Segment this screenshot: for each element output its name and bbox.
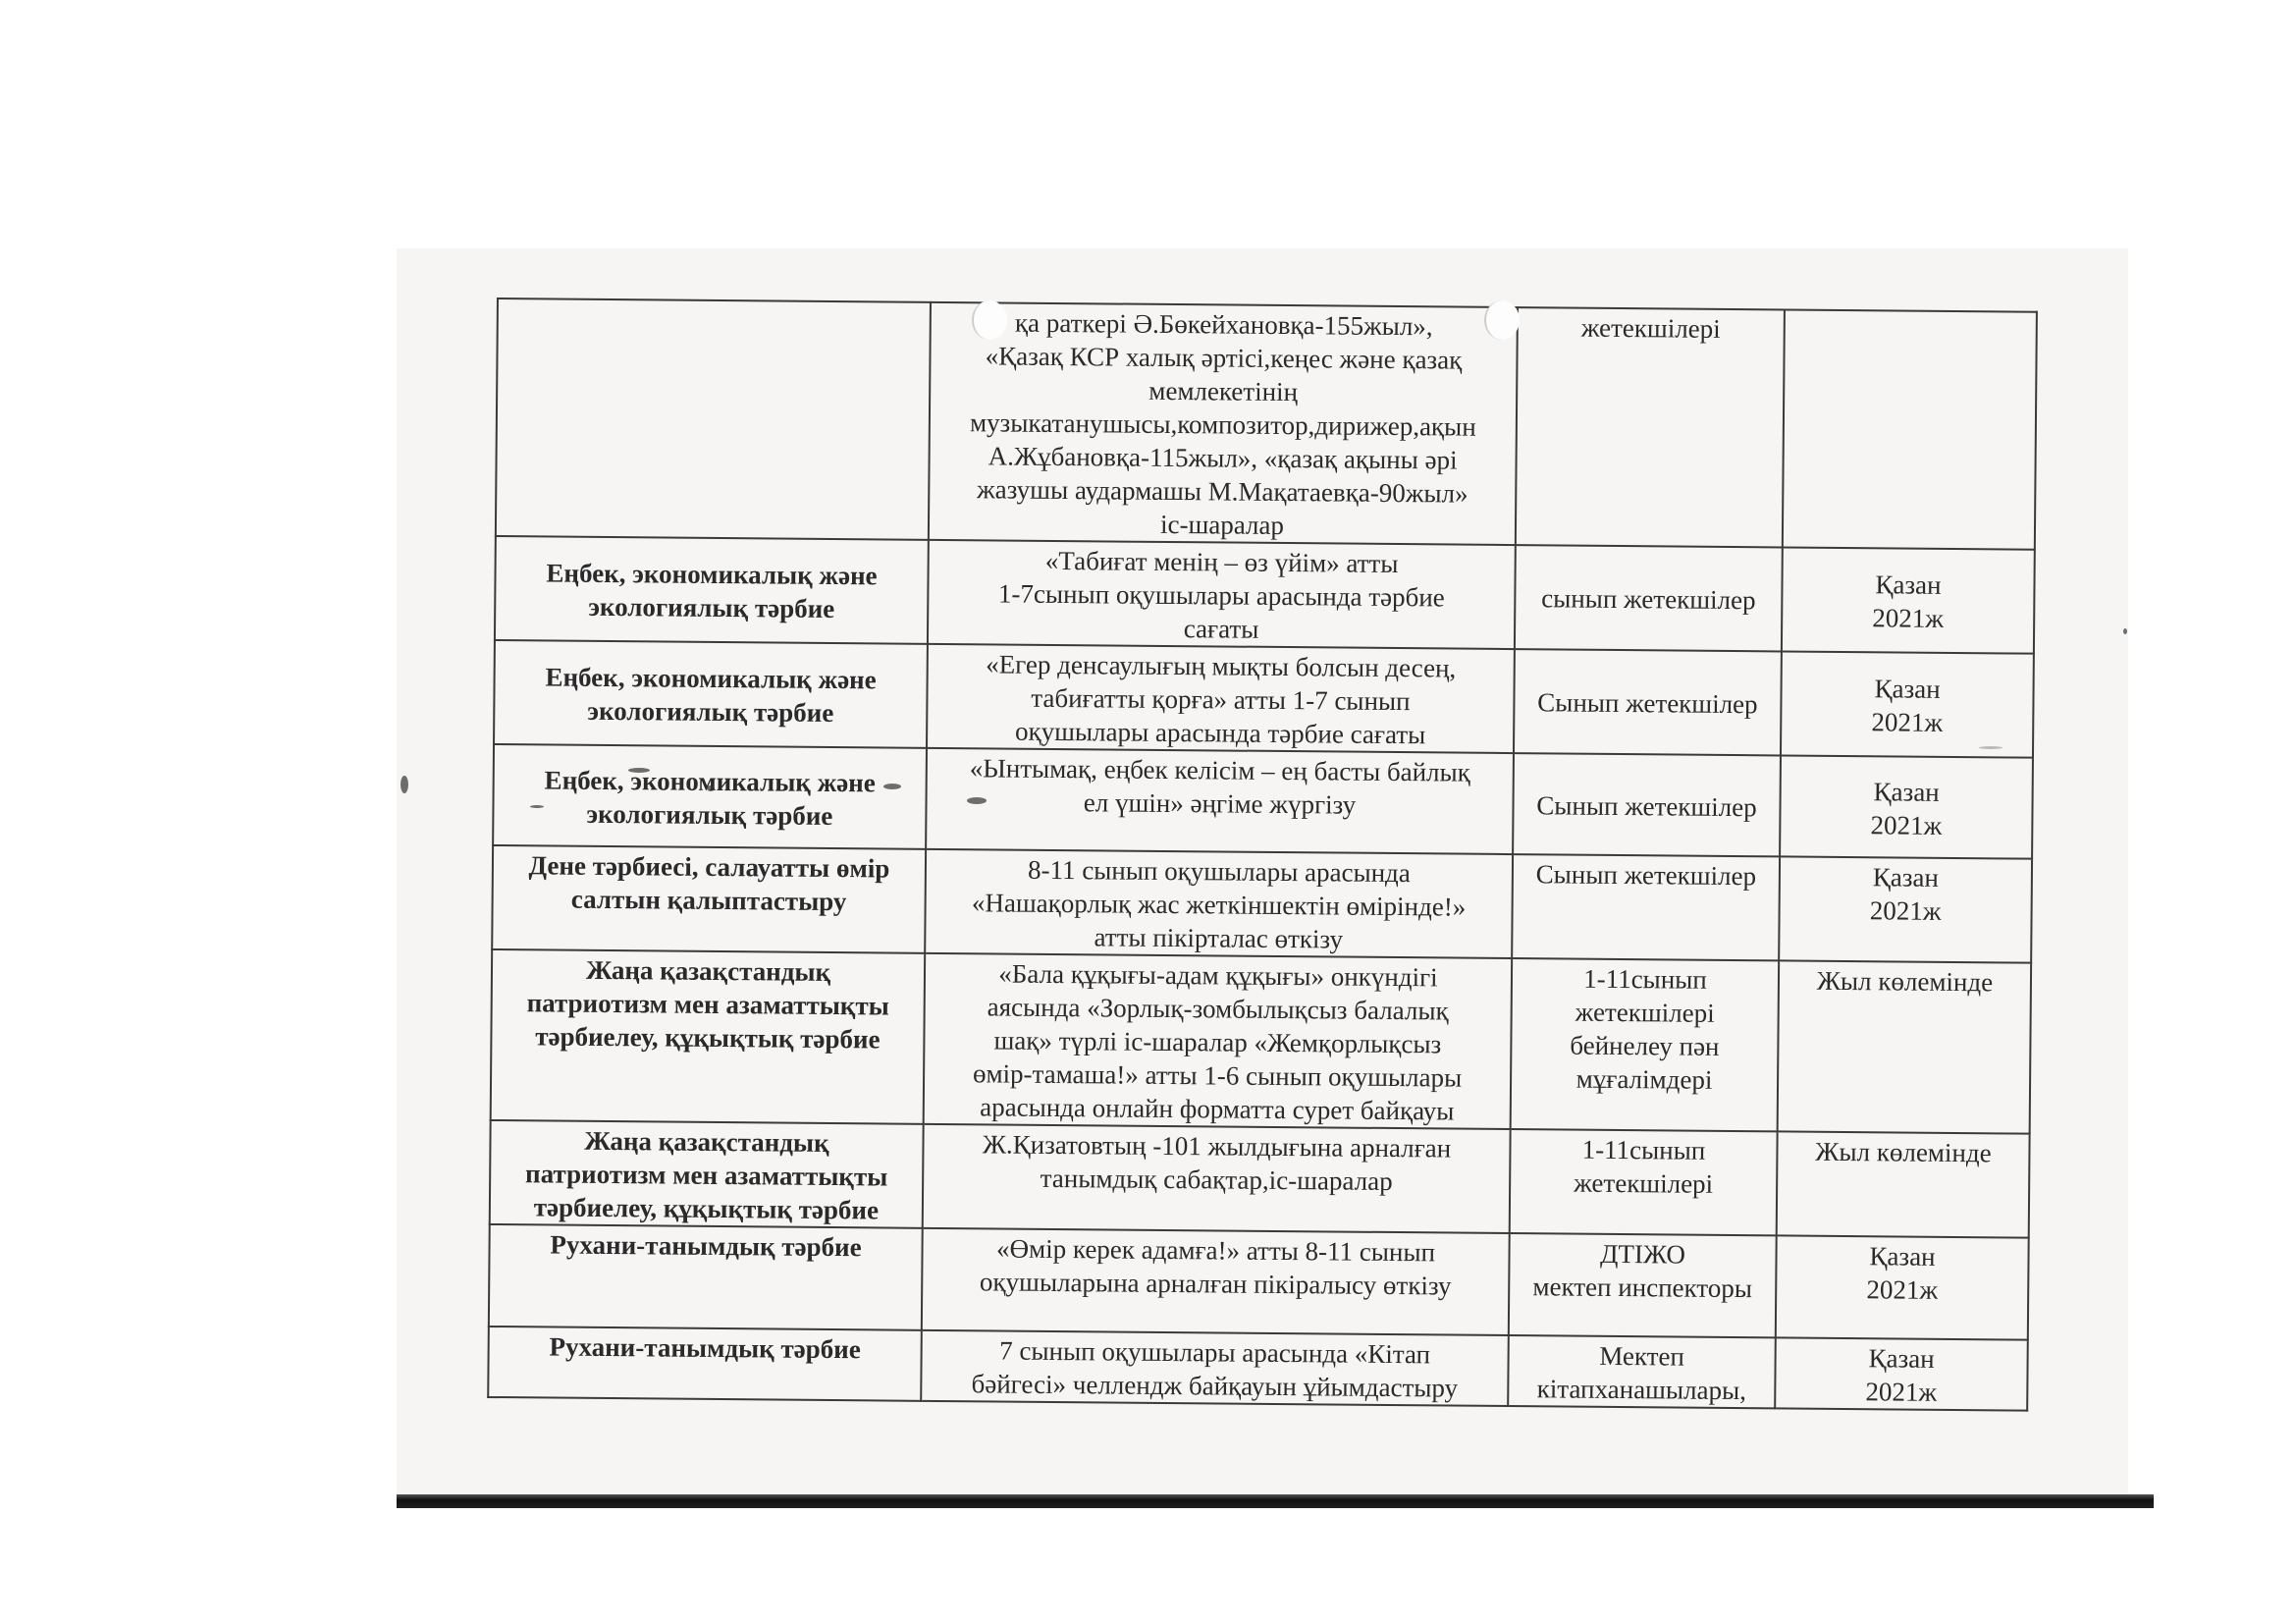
event-text-line: «Нашақорлық жас жеткіншектін өмірінде!» — [932, 886, 1505, 924]
scan-speck — [967, 797, 987, 804]
direction-text-line: Еңбек, экономикалық және — [502, 556, 921, 593]
date-text-line: 2021ж — [1788, 704, 2026, 739]
scan-speck — [400, 776, 408, 793]
cell-direction: Жаңа қазақстандықпатриотизм мен азаматты… — [490, 1120, 924, 1228]
event-text-line: жазушы аудармашы М.Мақатаевқа-90жыл» — [935, 472, 1509, 511]
plan-table-body: қа раткері Ә.Бөкейхановқа-155жыл»,«Қазақ… — [488, 298, 2037, 1411]
date-text-line: Қазан — [1783, 1238, 2021, 1273]
event-text-line: шақ» түрлі іс-шаралар «Жемқорлықсыз — [931, 1023, 1504, 1061]
event-text-line: аясында «Зорлық-зомбылықсыз балалық — [932, 990, 1505, 1028]
event-text-line: қа раткері Ә.Бөкейхановқа-155жыл», — [937, 305, 1511, 344]
event-text-line: бәйгесі» челлендж байқауын ұйымдастыру — [928, 1367, 1501, 1405]
cell-event: «Бала құқығы-адам құқығы» онкүндігіаясын… — [924, 953, 1512, 1129]
direction-text-line: тәрбиелеу, құқықтық тәрбие — [498, 1019, 917, 1056]
responsible-text-line: 1-11сынып — [1519, 961, 1772, 997]
event-text-line: оқушылары арасында тәрбие сағаты — [934, 714, 1507, 752]
responsible-text-line: мұғалімдері — [1518, 1061, 1771, 1097]
event-text-line: табиғатты қорға» атты 1-7 сынып — [934, 680, 1507, 719]
cell-event: «Ынтымақ, еңбек келісім – ең басты байлы… — [926, 748, 1514, 854]
event-text-line: «Табиғат менің – өз үйім» атты — [935, 543, 1509, 581]
event-text-line: «Ынтымақ, еңбек келісім – ең басты байлы… — [934, 751, 1507, 789]
responsible-text-line: жетекшілері — [1524, 310, 1778, 346]
direction-text-line: Еңбек, экономикалық және — [501, 763, 920, 800]
event-text-line: музыкатанушысы,композитор,дирижер,ақын — [936, 406, 1510, 444]
date-text-line: 2021ж — [1786, 893, 2024, 928]
date-text-line: 2021ж — [1787, 807, 2025, 842]
responsible-text-line: мектеп инспекторы — [1516, 1270, 1769, 1305]
cell-event: «Егер денсаулығың мықты болсын десең,таб… — [927, 644, 1515, 753]
cell-direction: Рухани-танымдық тәрбие — [488, 1326, 922, 1401]
date-text-line: Қазан — [1789, 568, 2027, 603]
direction-text-line: Жаңа қазақстандық — [499, 952, 918, 990]
table-row: Рухани-танымдық тәрбие7 сынып оқушылары … — [488, 1326, 2028, 1411]
plan-table-wrapper: қа раткері Ә.Бөкейхановқа-155жыл»,«Қазақ… — [487, 298, 2038, 1412]
date-text-line: 2021ж — [1783, 1272, 2021, 1307]
date-text-line: Қазан — [1788, 774, 2026, 809]
scan-speck — [707, 785, 715, 791]
cell-responsible: Сынып жетекшілер — [1512, 854, 1780, 960]
responsible-text-line: жетекшілері — [1517, 1165, 1770, 1201]
direction-text-line: патриотизм мен азаматтықты — [499, 986, 918, 1023]
event-text-line: сағаты — [934, 610, 1508, 648]
cell-event: «Өмір керек адамға!» атты 8-11 сыныпоқуш… — [922, 1228, 1510, 1335]
cell-event: қа раткері Ә.Бөкейхановқа-155жыл»,«Қазақ… — [929, 302, 1518, 545]
cell-date: Қазан2021ж — [1779, 856, 2032, 962]
direction-text-line: тәрбиелеу, құқықтық тәрбие — [497, 1190, 916, 1227]
responsible-text-line: Сынып жетекшілер — [1521, 685, 1774, 721]
table-row: Еңбек, экономикалық жәнеэкологиялық тәрб… — [494, 640, 2034, 758]
event-text-line: ел үшін» әңгіме жүргізу — [933, 785, 1506, 823]
responsible-text-line: сынып жетекшілер — [1522, 581, 1775, 617]
cell-date — [1783, 309, 2037, 549]
cell-responsible: Сынып жетекшілер — [1514, 649, 1782, 755]
responsible-text-line: ДТІЖО — [1516, 1236, 1769, 1272]
cell-date: Қазан2021ж — [1775, 1337, 2028, 1410]
table-row: Еңбек, экономикалық жәнеэкологиялық тәрб… — [495, 536, 2035, 654]
event-text-line: «Өмір керек адамға!» атты 8-11 сынып — [929, 1231, 1502, 1270]
date-text-line: Жыл көлемінде — [1786, 963, 2024, 999]
date-text-line: 2021ж — [1789, 600, 2027, 635]
cell-date: Қазан2021ж — [1776, 1235, 2029, 1339]
scan-speck — [628, 768, 650, 773]
table-row: Дене тәрбиесі, салауатты өмірсалтын қалы… — [492, 845, 2032, 963]
event-text-line: танымдық сабақтар,іс-шаралар — [930, 1161, 1503, 1199]
date-text-line: 2021ж — [1782, 1374, 2020, 1409]
cell-responsible: жетекшілері — [1516, 307, 1785, 547]
direction-text-line: Рухани-танымдық тәрбие — [496, 1329, 915, 1367]
direction-text-line: Жаңа қазақстандық — [497, 1123, 916, 1161]
event-text-line: іс-шаралар — [935, 506, 1509, 544]
cell-direction: Еңбек, экономикалық жәнеэкологиялық тәрб… — [493, 744, 927, 849]
direction-text-line: Дене тәрбиесі, салауатты өмір — [500, 848, 919, 886]
cell-event: 7 сынып оқушылары арасында «Кітапбәйгесі… — [921, 1330, 1509, 1406]
responsible-text-line: кітапханашылары, — [1515, 1372, 1768, 1407]
event-text-line: атты пікірталас өткізу — [932, 919, 1505, 957]
responsible-text-line: Сынып жетекшілер — [1520, 857, 1773, 893]
scan-speck — [883, 784, 901, 789]
cell-direction: Еңбек, экономикалық жәнеэкологиялық тәрб… — [495, 536, 929, 644]
cell-responsible: 1-11сыныпжетекшілерібейнелеу пәнмұғалімд… — [1511, 958, 1780, 1131]
responsible-text-line: 1-11сынып — [1517, 1132, 1770, 1167]
cell-direction — [496, 298, 931, 540]
event-text-line: 8-11 сынып оқушылары арасында — [933, 852, 1506, 891]
scan-smudge — [972, 300, 1007, 340]
cell-event: «Табиғат менің – өз үйім» атты1-7сынып о… — [928, 540, 1516, 649]
event-text-line: мемлекетінің — [936, 372, 1510, 410]
cell-direction: Рухани-танымдық тәрбие — [489, 1224, 923, 1330]
cell-responsible: Мектепкітапханашылары, — [1508, 1335, 1776, 1408]
responsible-text-line: жетекшілері — [1519, 995, 1772, 1030]
event-text-line: 1-7сынып оқушылары арасында тәрбие — [934, 576, 1508, 615]
scan-speck — [1979, 746, 2002, 749]
event-text-line: арасында онлайн форматта сурет байқауы — [931, 1090, 1504, 1128]
event-text-line: А.Жұбановқа-115жыл», «қазақ ақыны әрі — [935, 439, 1509, 477]
cell-direction: Жаңа қазақстандықпатриотизм мен азаматты… — [491, 949, 926, 1124]
responsible-text-line: Сынып жетекшілер — [1520, 788, 1773, 824]
event-text-line: Ж.Қизатовтың -101 жылдығына арналған — [930, 1127, 1503, 1165]
event-text-line: «Бала құқығы-адам құқығы» онкүндігі — [932, 956, 1505, 995]
scan-speck — [530, 805, 544, 808]
date-text-line: Қазан — [1788, 671, 2026, 706]
table-row: Жаңа қазақстандықпатриотизм мен азаматты… — [491, 949, 2031, 1134]
direction-text-line: салтын қалыптастыру — [500, 882, 919, 919]
event-text-line: «Қазақ КСР халық әртісі,кеңес және қазақ — [936, 339, 1510, 377]
direction-text-line: экологиялық тәрбие — [500, 796, 919, 834]
cell-responsible: сынып жетекшілер — [1515, 545, 1783, 651]
cell-responsible: 1-11сыныпжетекшілері — [1510, 1129, 1778, 1235]
event-plan-table: қа раткері Ә.Бөкейхановқа-155жыл»,«Қазақ… — [487, 298, 2038, 1412]
event-text-line: оқушыларына арналған пікіралысу өткізу — [929, 1265, 1502, 1303]
scanner-edge-shadow — [397, 1494, 2154, 1508]
date-text-line: Қазан — [1782, 1340, 2020, 1376]
event-text-line: 7 сынып оқушылары арасында «Кітап — [929, 1333, 1502, 1372]
cell-date: Қазан2021ж — [1780, 755, 2033, 858]
event-text-line: өмір-тамаша!» атты 1-6 сынып оқушылары — [931, 1056, 1504, 1095]
cell-event: Ж.Қизатовтың -101 жылдығына арналғантаны… — [923, 1124, 1511, 1233]
table-row: Жаңа қазақстандықпатриотизм мен азаматты… — [490, 1120, 2030, 1238]
cell-event: 8-11 сынып оқушылары арасында«Нашақорлық… — [925, 849, 1513, 958]
scan-speck — [2123, 628, 2127, 634]
direction-text-line: Еңбек, экономикалық және — [501, 660, 920, 697]
cell-date: Қазан2021ж — [1781, 651, 2034, 757]
cell-date: Жыл көлемінде — [1777, 1131, 2030, 1237]
direction-text-line: патриотизм мен азаматтықты — [497, 1157, 916, 1194]
direction-text-line: экологиялық тәрбие — [501, 693, 920, 731]
table-row: Еңбек, экономикалық жәнеэкологиялық тәрб… — [493, 744, 2033, 859]
date-text-line: Жыл көлемінде — [1784, 1134, 2022, 1169]
event-text-line: «Егер денсаулығың мықты болсын десең, — [934, 647, 1508, 685]
cell-direction: Еңбек, экономикалық жәнеэкологиялық тәрб… — [494, 640, 928, 748]
responsible-text-line: бейнелеу пән — [1518, 1028, 1771, 1063]
cell-date: Жыл көлемінде — [1778, 960, 2032, 1133]
direction-text-line: экологиялық тәрбие — [502, 589, 921, 626]
cell-date: Қазан2021ж — [1782, 547, 2035, 653]
table-row: Рухани-танымдық тәрбие«Өмір керек адамға… — [489, 1224, 2029, 1340]
scan-smudge — [1484, 300, 1520, 340]
cell-direction: Дене тәрбиесі, салауатты өмірсалтын қалы… — [492, 845, 926, 953]
cell-responsible: Сынып жетекшілер — [1513, 753, 1781, 856]
direction-text-line: Рухани-танымдық тәрбие — [496, 1227, 915, 1265]
responsible-text-line: Мектеп — [1515, 1338, 1768, 1374]
cell-responsible: ДТІЖОмектеп инспекторы — [1509, 1233, 1777, 1337]
table-row: қа раткері Ә.Бөкейхановқа-155жыл»,«Қазақ… — [496, 298, 2037, 550]
date-text-line: Қазан — [1787, 859, 2025, 894]
